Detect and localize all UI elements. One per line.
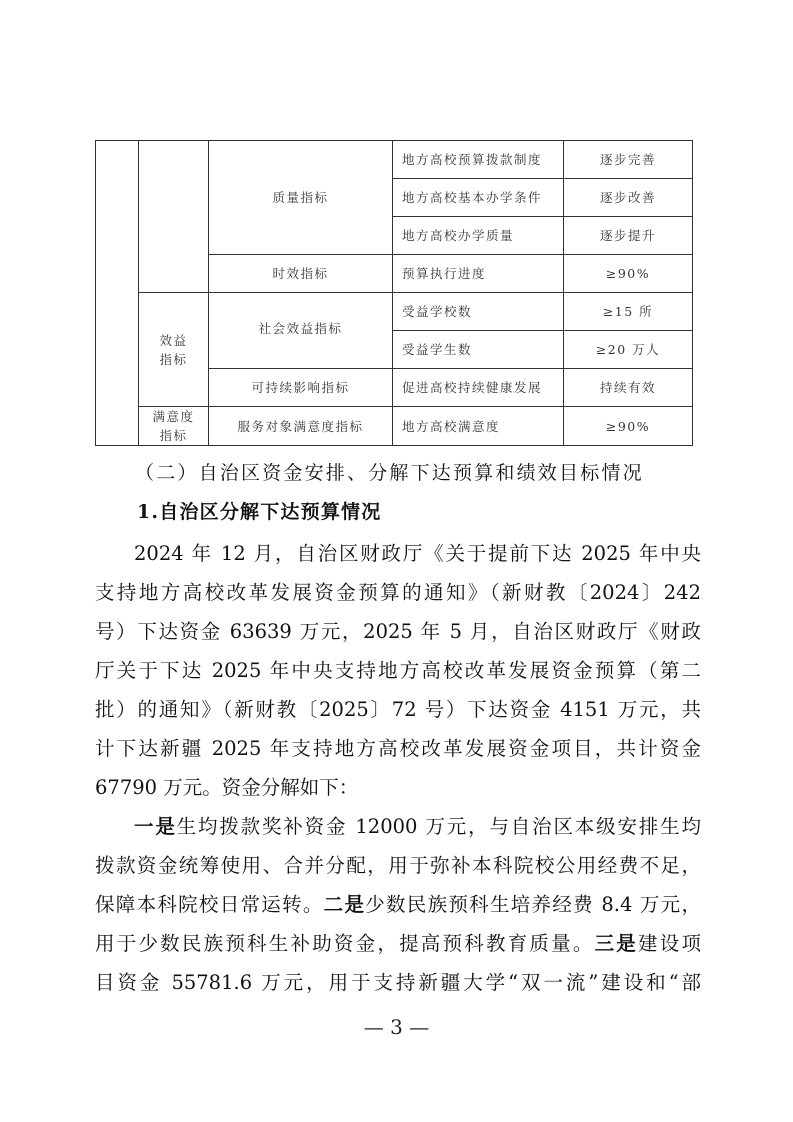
table-row: 质量指标 地方高校预算拨款制度 逐步完善 [96,141,693,179]
table-cell-indicator: 地方高校办学质量 [393,217,564,255]
table-cell-indicator: 地方高校预算拨款制度 [393,141,564,179]
table-cell-target: 逐步提升 [564,217,693,255]
text-line: 号）下达资金 63639 万元，2025 年 5 月，自治区财政厅《财政 [95,612,701,651]
table-cell-level3: 社会效益指标 [209,293,393,369]
table-cell-level2 [139,141,209,293]
benefit-label-line1: 效益 [159,333,187,348]
table-cell-level2-satisfaction: 满意度 指标 [139,407,209,446]
page-number: — 3 — [0,1015,793,1039]
table-cell-target: ≥15 所 [564,293,693,331]
table-row: 效益 指标 社会效益指标 受益学校数 ≥15 所 [96,293,693,331]
table-cell-target: 逐步改善 [564,179,693,217]
table-cell-level3: 质量指标 [209,141,393,255]
table-cell-level1 [96,141,139,446]
text-line: 支持地方高校改革发展资金预算的通知》（新财教〔2024〕242 [95,573,701,612]
text-line: 2024 年 12 月，自治区财政厅《关于提前下达 2025 年中央 [95,534,701,573]
paragraph-budget-allocation: 2024 年 12 月，自治区财政厅《关于提前下达 2025 年中央 支持地方高… [95,534,701,807]
table-cell-indicator: 地方高校满意度 [393,407,564,446]
emphasis-second: 二是 [324,893,366,916]
text-line: 用于少数民族预科生补助资金，提高预科教育质量。三是建设项 [95,924,701,963]
benefit-label-line2: 指标 [159,352,187,367]
text-line: 拨款资金统筹使用、合并分配，用于弥补本科院校公用经费不足， [95,846,701,885]
emphasis-first: 一是 [134,815,177,838]
satisfaction-label-line1: 满意度 [152,409,194,424]
table-cell-indicator: 受益学生数 [393,331,564,369]
text-line: 计下达新疆 2025 年支持地方高校改革发展资金项目，共计资金 [95,729,701,768]
table-cell-level3: 服务对象满意度指标 [209,407,393,446]
table-cell-target: 逐步完善 [564,141,693,179]
emphasis-third: 三是 [595,932,638,955]
text-line: 目资金 55781.6 万元，用于支持新疆大学“双一流”建设和“部 [95,963,701,1002]
text-line: 厅关于下达 2025 年中央支持地方高校改革发展资金预算（第二 [95,651,701,690]
table-cell-indicator: 受益学校数 [393,293,564,331]
table-cell-level3: 可持续影响指标 [209,369,393,407]
table-cell-indicator: 预算执行进度 [393,255,564,293]
table-cell-indicator: 促进高校持续健康发展 [393,369,564,407]
table-cell-level2-benefit: 效益 指标 [139,293,209,407]
table-cell-indicator: 地方高校基本办学条件 [393,179,564,217]
table-cell-target: 持续有效 [564,369,693,407]
table-cell-level3: 时效指标 [209,255,393,293]
performance-indicator-table: 质量指标 地方高校预算拨款制度 逐步完善 地方高校基本办学条件 逐步改善 地方高… [95,140,693,446]
text-line: 67790 万元。资金分解如下： [95,768,701,807]
satisfaction-label-line2: 指标 [159,428,187,443]
table-row: 满意度 指标 服务对象满意度指标 地方高校满意度 ≥90% [96,407,693,446]
table-cell-target: ≥90% [564,255,693,293]
table-cell-target: ≥90% [564,407,693,446]
text-line: 一是生均拨款奖补资金 12000 万元，与自治区本级安排生均 [95,807,701,846]
text-line: 批）的通知》（新财教〔2025〕72 号）下达资金 4151 万元，共 [95,690,701,729]
text-line: 保障本科院校日常运转。二是少数民族预科生培养经费 8.4 万元， [95,885,701,924]
subsection-heading: 1.自治区分解下达预算情况 [137,497,381,524]
table-cell-target: ≥20 万人 [564,331,693,369]
paragraph-fund-breakdown: 一是生均拨款奖补资金 12000 万元，与自治区本级安排生均 拨款资金统筹使用、… [95,807,701,1002]
section-heading: （二）自治区资金安排、分解下达预算和绩效目标情况 [135,458,644,485]
